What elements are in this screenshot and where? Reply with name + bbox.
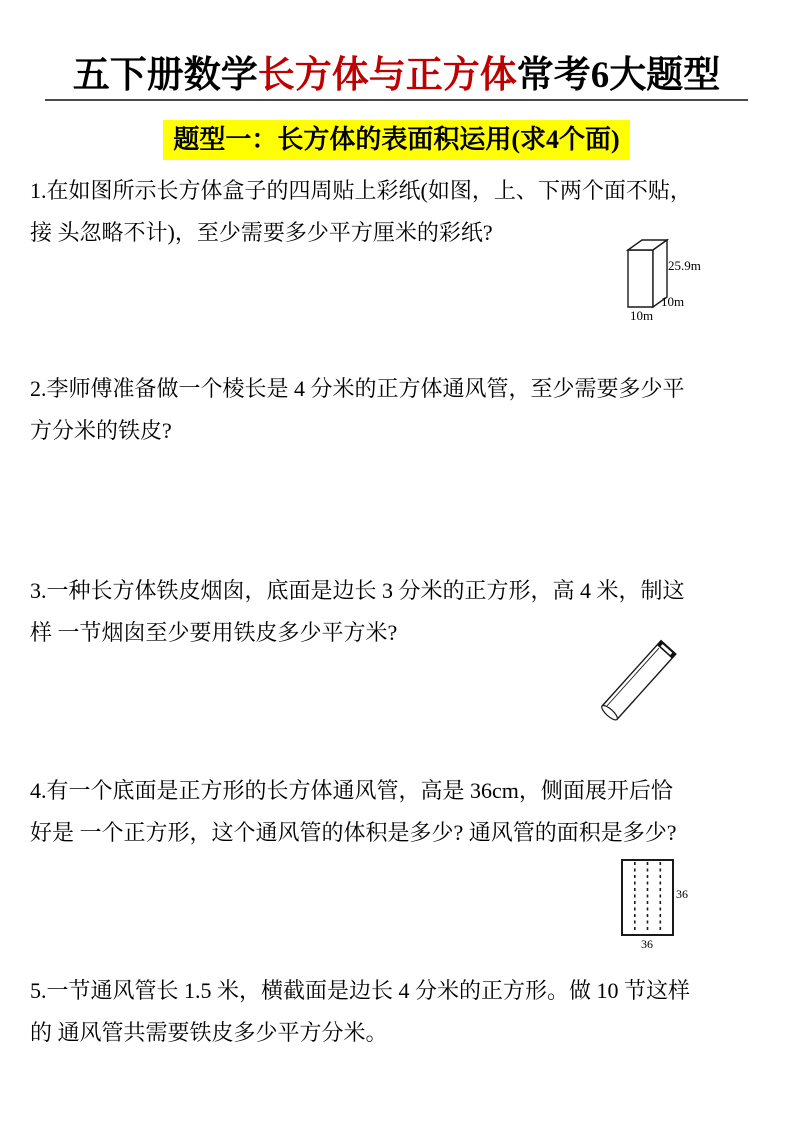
title-part-black-left: 五下册数学 xyxy=(73,55,258,96)
problem-4: 4.有一个底面是正方形的长方体通风管，高是 36cm，侧面展开后恰 好是 一个正… xyxy=(30,770,770,854)
problem-5: 5.一节通风管长 1.5 米，横截面是边长 4 分米的正方形。做 10 节这样 … xyxy=(30,970,770,1054)
unfolded-bottom-label: 36 xyxy=(641,937,653,951)
unfolded-right-label: 36 xyxy=(676,887,688,901)
title-divider-line xyxy=(45,99,748,101)
section-heading: 题型一：长方体的表面积运用(求4个面) xyxy=(163,120,629,160)
cuboid-front-face xyxy=(628,250,653,307)
cuboid-width-label: 10m xyxy=(630,308,653,323)
unfolded-side-drawing: 36 36 xyxy=(608,848,703,958)
problem-2: 2.李师傅准备做一个棱长是 4 分米的正方体通风管，至少需要多少平 方分米的铁皮… xyxy=(30,368,770,452)
problem-1-line-1: 1.在如图所示长方体盒子的四周贴上彩纸(如图，上、下两个面不贴， xyxy=(30,170,770,212)
slanted-duct-figure xyxy=(595,626,695,735)
cuboid-depth-label: 10m xyxy=(661,294,684,309)
cuboid-height-label: 25.9m xyxy=(668,258,701,273)
title-part-red: 长方体与正方体 xyxy=(258,55,517,96)
cuboid-box-drawing: 25.9m 10m 10m xyxy=(605,230,715,328)
page-title: 五下册数学长方体与正方体常考6大题型 xyxy=(0,44,793,98)
problem-4-line-1: 4.有一个底面是正方形的长方体通风管，高是 36cm，侧面展开后恰 xyxy=(30,770,770,812)
problem-5-line-2: 的 通风管共需要铁皮多少平方分米。 xyxy=(30,1012,770,1054)
duct-body xyxy=(602,641,676,720)
worksheet-page: 五下册数学长方体与正方体常考6大题型 题型一：长方体的表面积运用(求4个面) 1… xyxy=(0,0,793,1122)
title-part-black-right: 常考6大题型 xyxy=(517,55,721,96)
section-heading-row: 题型一：长方体的表面积运用(求4个面) xyxy=(0,120,793,160)
cuboid-box-figure: 25.9m 10m 10m xyxy=(605,230,715,333)
problem-2-line-2: 方分米的铁皮? xyxy=(30,410,770,452)
slanted-duct-drawing xyxy=(595,626,695,730)
unfolded-side-figure: 36 36 xyxy=(608,848,703,963)
problem-2-line-1: 2.李师傅准备做一个棱长是 4 分米的正方体通风管，至少需要多少平 xyxy=(30,368,770,410)
problem-5-line-1: 5.一节通风管长 1.5 米，横截面是边长 4 分米的正方形。做 10 节这样 xyxy=(30,970,770,1012)
duct-body-group xyxy=(600,641,676,722)
problem-3-line-1: 3.一种长方体铁皮烟囱，底面是边长 3 分米的正方形，高 4 米，制这 xyxy=(30,570,770,612)
